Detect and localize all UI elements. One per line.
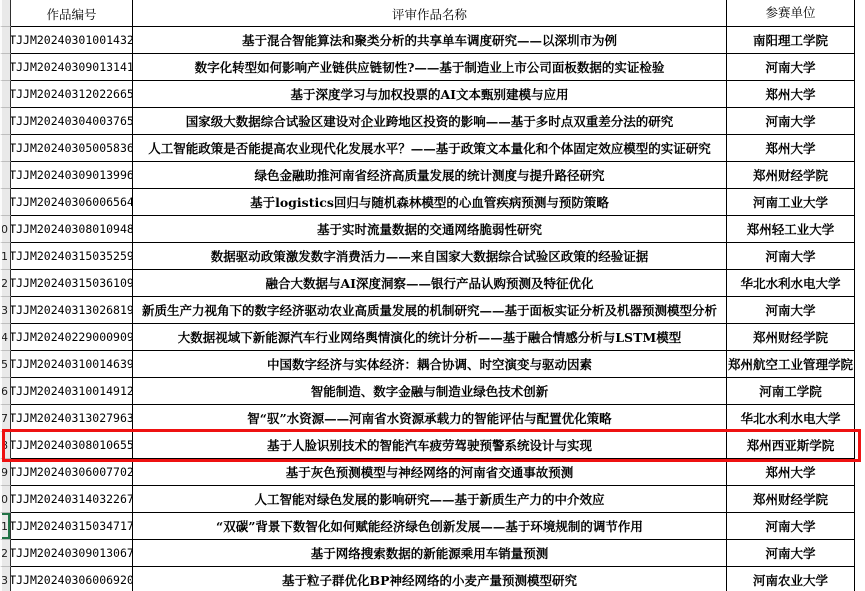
cell-work-title[interactable]: 人工智能政策是否能提高农业现代化发展水平？——基于政策文本量化和个体固定效应模型… [133, 135, 727, 162]
cell-work-title[interactable]: 新质生产力视角下的数字经济驱动农业高质量发展的机制研究——基于面板实证分析及机器… [133, 297, 727, 324]
cell-work-title[interactable]: “双碳”背景下数智化如何赋能经济绿色创新发展——基于环境规制的调节作用 [133, 513, 727, 540]
table-row: 0 TJJM20240308010948 基于实时流量数据的交通网络脆弱性研究 … [0, 216, 855, 243]
table-row: 0 TJJM20240314032267 人工智能对绿色发展的影响研究——基于新… [0, 486, 855, 513]
row-number-cell[interactable]: 9 [0, 459, 11, 486]
cell-work-id[interactable]: TJJM20240308010655 [11, 432, 133, 459]
row-number-cell[interactable] [0, 81, 11, 108]
cell-unit[interactable]: 河南大学 [727, 513, 855, 540]
cell-work-title[interactable]: 基于深度学习与加权投票的AI文本甄别建模与应用 [133, 81, 727, 108]
cell-unit[interactable]: 河南大学 [727, 243, 855, 270]
cell-work-id[interactable]: TJJM20240310014912 [11, 378, 133, 405]
cell-unit[interactable]: 郑州西亚斯学院 [727, 432, 855, 459]
row-number-cell[interactable]: 8 [0, 432, 11, 459]
table-row: 4 TJJM20240229000909 大数据视域下新能源汽车行业网络舆情演化… [0, 324, 855, 351]
table-row: 1 TJJM20240315034717 “双碳”背景下数智化如何赋能经济绿色创… [0, 513, 855, 540]
cell-unit[interactable]: 河南大学 [727, 54, 855, 81]
cell-work-id[interactable]: TJJM20240305005836 [11, 135, 133, 162]
table-row: TJJM20240309013996 绿色金融助推河南省经济高质量发展的统计测度… [0, 162, 855, 189]
cell-work-title[interactable]: 基于混合智能算法和聚类分析的共享单车调度研究——以深圳市为例 [133, 27, 727, 54]
table-row: 8 TJJM20240308010655 基于人脸识别技术的智能汽车疲劳驾驶预警… [0, 432, 855, 459]
cell-unit[interactable]: 郑州财经学院 [727, 486, 855, 513]
cell-work-title[interactable]: 基于粒子群优化BP神经网络的小麦产量预测模型研究 [133, 567, 727, 591]
cell-unit[interactable]: 郑州轻工业大学 [727, 216, 855, 243]
cell-work-title[interactable]: 基于实时流量数据的交通网络脆弱性研究 [133, 216, 727, 243]
cell-work-id[interactable]: TJJM20240315034717 [11, 513, 133, 540]
cell-unit[interactable]: 郑州航空工业管理学院 [727, 351, 855, 378]
cell-work-id[interactable]: TJJM20240306007702 [11, 459, 133, 486]
table-row: 3 TJJM20240313026819 新质生产力视角下的数字经济驱动农业高质… [0, 297, 855, 324]
worksheet-table: 作品编号 评审作品名称 参赛单位 TJJM20240301001432 基于混合… [0, 0, 855, 591]
row-number-cell[interactable] [0, 162, 11, 189]
cell-work-id[interactable]: TJJM20240310014639 [11, 351, 133, 378]
row-number-cell[interactable] [0, 135, 11, 162]
cell-unit[interactable]: 河南大学 [727, 297, 855, 324]
row-header-corner[interactable] [0, 0, 11, 27]
cell-work-title[interactable]: 人工智能对绿色发展的影响研究——基于新质生产力的中介效应 [133, 486, 727, 513]
cell-work-id[interactable]: TJJM20240309013141 [11, 54, 133, 81]
header-cell-title[interactable]: 评审作品名称 [133, 0, 727, 27]
table-row: TJJM20240301001432 基于混合智能算法和聚类分析的共享单车调度研… [0, 27, 855, 54]
cell-work-title[interactable]: 中国数字经济与实体经济：耦合协调、时空演变与驱动因素 [133, 351, 727, 378]
cell-unit[interactable]: 河南工学院 [727, 378, 855, 405]
row-number-cell[interactable]: 6 [0, 378, 11, 405]
table-row: TJJM20240306006564 基于logistics回归与随机森林模型的… [0, 189, 855, 216]
row-number-cell[interactable]: 2 [0, 540, 11, 567]
cell-work-title[interactable]: 智能制造、数字金融与制造业绿色技术创新 [133, 378, 727, 405]
row-number-cell[interactable]: 1 [0, 513, 11, 540]
cell-work-title[interactable]: 数据驱动政策激发数字消费活力——来自国家大数据综合试验区政策的经验证据 [133, 243, 727, 270]
cell-work-id[interactable]: TJJM20240304003765 [11, 108, 133, 135]
table-row: 9 TJJM20240306007702 基于灰色预测模型与神经网络的河南省交通… [0, 459, 855, 486]
cell-work-id[interactable]: TJJM20240313026819 [11, 297, 133, 324]
table-row: 2 TJJM20240315036109 融合大数据与AI深度洞察——银行产品认… [0, 270, 855, 297]
table-row: 6 TJJM20240310014912 智能制造、数字金融与制造业绿色技术创新… [0, 378, 855, 405]
cell-unit[interactable]: 郑州财经学院 [727, 324, 855, 351]
row-number-cell[interactable] [0, 189, 11, 216]
table-row: TJJM20240309013141 数字化转型如何影响产业链供应链韧性?——基… [0, 54, 855, 81]
cell-work-title[interactable]: 基于人脸识别技术的智能汽车疲劳驾驶预警系统设计与实现 [133, 432, 727, 459]
row-number-cell[interactable]: 2 [0, 270, 11, 297]
cell-unit[interactable]: 郑州大学 [727, 81, 855, 108]
cell-unit[interactable]: 郑州大学 [727, 459, 855, 486]
cell-work-id[interactable]: TJJM20240309013067 [11, 540, 133, 567]
cell-unit[interactable]: 河南大学 [727, 540, 855, 567]
cell-unit[interactable]: 南阳理工学院 [727, 27, 855, 54]
cell-unit[interactable]: 华北水利水电大学 [727, 270, 855, 297]
row-number-cell[interactable]: 0 [0, 486, 11, 513]
table-row: TJJM20240305005836 人工智能政策是否能提高农业现代化发展水平？… [0, 135, 855, 162]
table-row: 2 TJJM20240309013067 基于网络搜索数据的新能源乘用车销量预测… [0, 540, 855, 567]
row-number-cell[interactable]: 7 [0, 405, 11, 432]
row-number-cell[interactable]: 3 [0, 567, 11, 591]
cell-work-title[interactable]: 大数据视域下新能源汽车行业网络舆情演化的统计分析——基于融合情感分析与LSTM模… [133, 324, 727, 351]
cell-unit[interactable]: 河南大学 [727, 108, 855, 135]
cell-work-title[interactable]: 基于logistics回归与随机森林模型的心血管疾病预测与预防策略 [133, 189, 727, 216]
row-number-cell[interactable] [0, 54, 11, 81]
header-row: 作品编号 评审作品名称 参赛单位 [0, 0, 855, 27]
cell-work-id[interactable]: TJJM20240309013996 [11, 162, 133, 189]
row-number-cell[interactable]: 0 [0, 216, 11, 243]
header-cell-id[interactable]: 作品编号 [11, 0, 133, 27]
cell-work-title[interactable]: 数字化转型如何影响产业链供应链韧性?——基于制造业上市公司面板数据的实证检验 [133, 54, 727, 81]
cell-work-title[interactable]: 智“驭”水资源——河南省水资源承载力的智能评估与配置优化策略 [133, 405, 727, 432]
cell-work-id[interactable]: TJJM20240308010948 [11, 216, 133, 243]
cell-work-title[interactable]: 基于灰色预测模型与神经网络的河南省交通事故预测 [133, 459, 727, 486]
cell-unit[interactable]: 华北水利水电大学 [727, 405, 855, 432]
table-row: 5 TJJM20240310014639 中国数字经济与实体经济：耦合协调、时空… [0, 351, 855, 378]
cell-work-id[interactable]: TJJM20240315035259 [11, 243, 133, 270]
cell-work-title[interactable]: 国家级大数据综合试验区建设对企业跨地区投资的影响——基于多时点双重差分法的研究 [133, 108, 727, 135]
cell-work-id[interactable]: TJJM20240312022665 [11, 81, 133, 108]
row-number-cell[interactable]: 5 [0, 351, 11, 378]
row-number-cell[interactable] [0, 108, 11, 135]
row-number-cell[interactable]: 1 [0, 243, 11, 270]
cell-work-id[interactable]: TJJM20240229000909 [11, 324, 133, 351]
table-row: TJJM20240304003765 国家级大数据综合试验区建设对企业跨地区投资… [0, 108, 855, 135]
cell-work-title[interactable]: 融合大数据与AI深度洞察——银行产品认购预测及特征优化 [133, 270, 727, 297]
cell-work-id[interactable]: TJJM20240314032267 [11, 486, 133, 513]
cell-work-id[interactable]: TJJM20240306006920 [11, 567, 133, 591]
table-row: 3 TJJM20240306006920 基于粒子群优化BP神经网络的小麦产量预… [0, 567, 855, 591]
cell-work-title[interactable]: 基于网络搜索数据的新能源乘用车销量预测 [133, 540, 727, 567]
cell-unit[interactable]: 郑州财经学院 [727, 162, 855, 189]
cell-work-id[interactable]: TJJM20240306006564 [11, 189, 133, 216]
table-row: TJJM20240312022665 基于深度学习与加权投票的AI文本甄别建模与… [0, 81, 855, 108]
cell-unit[interactable]: 河南农业大学 [727, 567, 855, 591]
cell-work-title[interactable]: 绿色金融助推河南省经济高质量发展的统计测度与提升路径研究 [133, 162, 727, 189]
cell-work-id[interactable]: TJJM20240313027963 [11, 405, 133, 432]
cell-unit[interactable]: 河南工业大学 [727, 189, 855, 216]
table-row: 7 TJJM20240313027963 智“驭”水资源——河南省水资源承载力的… [0, 405, 855, 432]
row-number-cell[interactable]: 3 [0, 297, 11, 324]
header-cell-unit[interactable]: 参赛单位 [727, 0, 855, 27]
cell-work-id[interactable]: TJJM20240301001432 [11, 27, 133, 54]
row-number-cell[interactable]: 4 [0, 324, 11, 351]
row-number-cell[interactable] [0, 27, 11, 54]
cell-unit[interactable]: 郑州大学 [727, 135, 855, 162]
spreadsheet-screenshot: 作品编号 评审作品名称 参赛单位 TJJM20240301001432 基于混合… [0, 0, 865, 591]
table-row: 1 TJJM20240315035259 数据驱动政策激发数字消费活力——来自国… [0, 243, 855, 270]
table-body: TJJM20240301001432 基于混合智能算法和聚类分析的共享单车调度研… [0, 27, 855, 591]
cell-work-id[interactable]: TJJM20240315036109 [11, 270, 133, 297]
